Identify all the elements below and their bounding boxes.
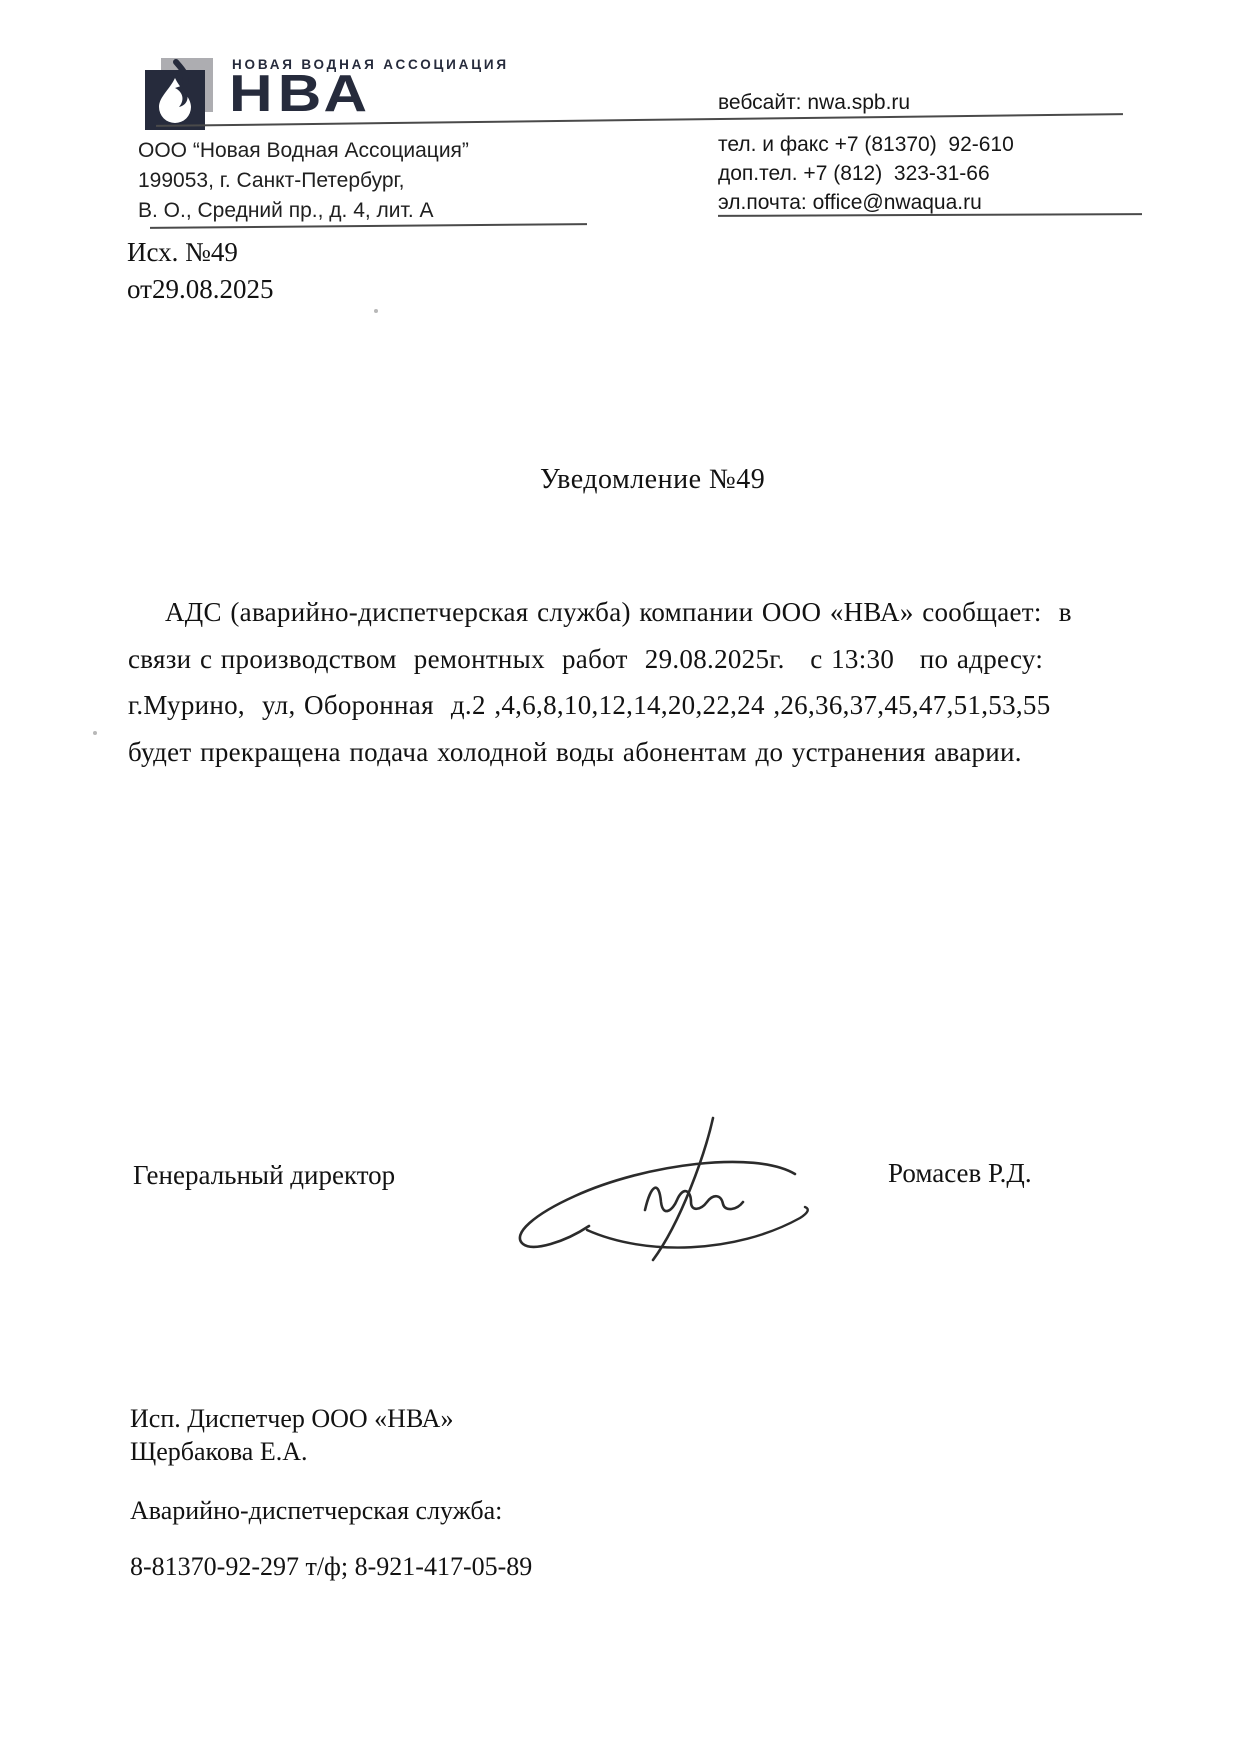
executor-title-line: Исп. Диспетчер ООО «НВА» xyxy=(130,1404,453,1434)
document-title: Уведомление №49 xyxy=(540,464,765,496)
outgoing-number-line: Исх. №49 xyxy=(127,237,238,268)
company-postcode-line: 199053, г. Санкт-Петербург, xyxy=(138,166,469,196)
handwritten-signature-image xyxy=(495,1114,825,1264)
executor-name-line: Щербакова Е.А. xyxy=(130,1437,307,1467)
extra-phone-line: доп.тел. +7 (812) 323-31-66 xyxy=(718,159,1014,188)
dispatch-phones-line: 8-81370-92-297 т/ф; 8-921-417-05-89 xyxy=(130,1552,532,1582)
company-address-block: ООО “Новая Водная Ассоциация” 199053, г.… xyxy=(138,136,469,226)
logo-acronym: НВА xyxy=(229,68,372,120)
outgoing-date-line: от29.08.2025 xyxy=(127,274,273,305)
body-line-2: связи с производством ремонтных работ 29… xyxy=(128,644,1043,675)
email-line: эл.почта: office@nwaqua.ru xyxy=(718,188,1014,217)
website-line: вебсайт: nwa.spb.ru xyxy=(718,88,910,117)
signer-position-label: Генеральный директор xyxy=(133,1160,395,1191)
body-line-3: г.Мурино, ул, Оборонная д.2 ,4,6,8,10,12… xyxy=(128,690,1051,721)
scanned-letter-page: НОВАЯ ВОДНАЯ АССОЦИАЦИЯ НВА вебсайт: nwa… xyxy=(0,0,1240,1754)
body-line-4: будет прекращена подача холодной воды аб… xyxy=(128,737,1022,768)
company-name-line: ООО “Новая Водная Ассоциация” xyxy=(138,136,469,166)
scan-artifact-dot xyxy=(374,309,378,313)
company-street-line: В. О., Средний пр., д. 4, лит. А xyxy=(138,196,469,226)
body-line-1: АДС (аварийно-диспетчерская служба) комп… xyxy=(165,597,1072,628)
dispatch-service-label: Аварийно-диспетчерская служба: xyxy=(130,1496,502,1526)
water-drop-icon xyxy=(145,56,221,132)
signer-name: Ромасев Р.Д. xyxy=(888,1158,1032,1189)
contact-block: тел. и факс +7 (81370) 92-610 доп.тел. +… xyxy=(718,130,1014,217)
phone-fax-line: тел. и факс +7 (81370) 92-610 xyxy=(718,130,1014,159)
scan-artifact-dot xyxy=(93,731,97,735)
